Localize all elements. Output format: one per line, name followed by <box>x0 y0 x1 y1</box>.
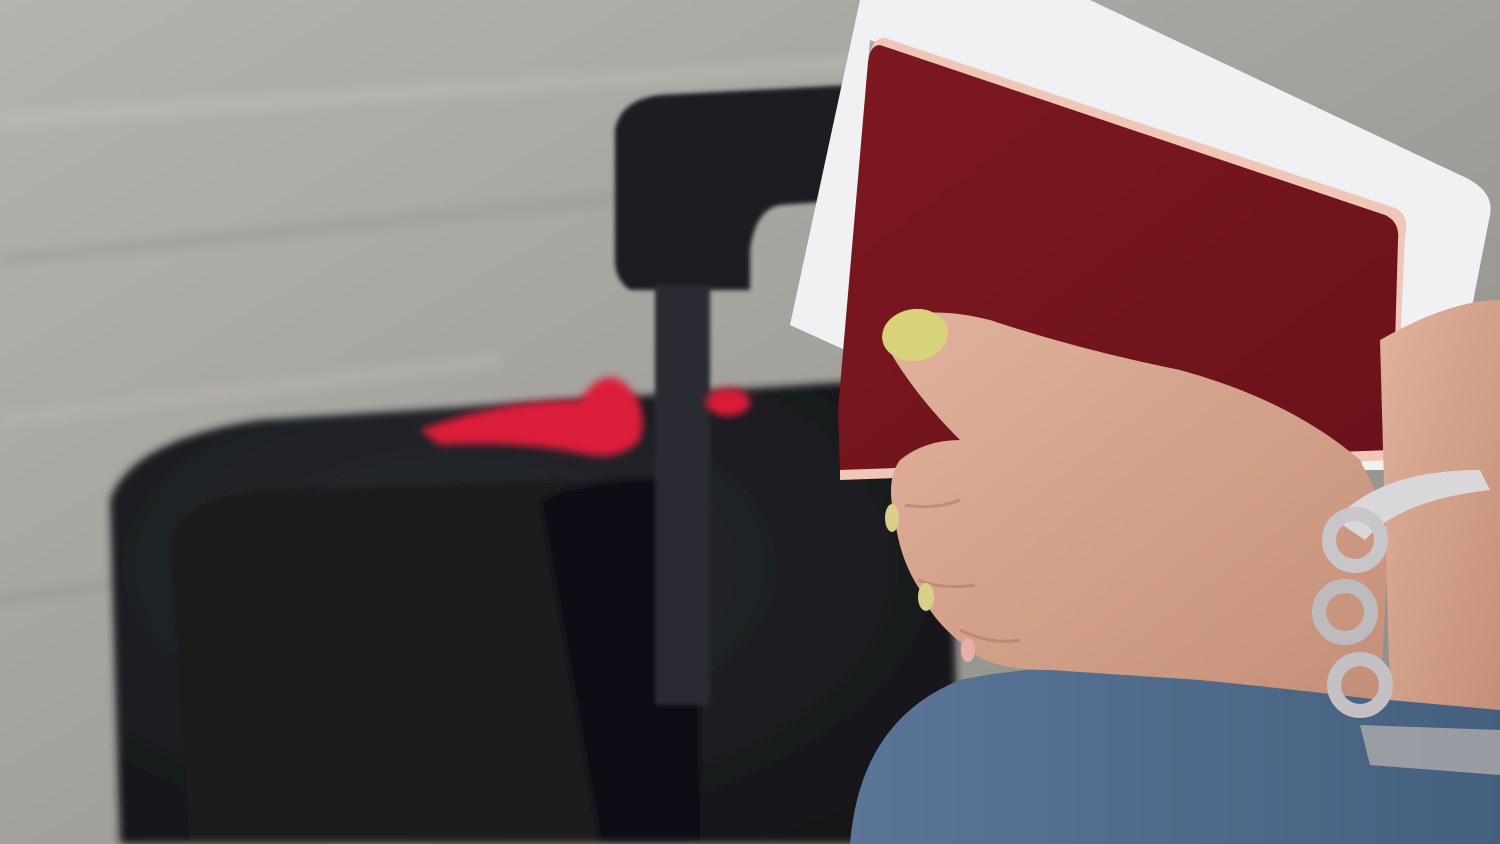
fingernail <box>918 583 934 611</box>
suitcase <box>110 380 960 844</box>
photo <box>0 0 1500 844</box>
scene <box>0 0 1500 844</box>
fingernail <box>961 638 975 662</box>
fingernail <box>885 504 899 532</box>
